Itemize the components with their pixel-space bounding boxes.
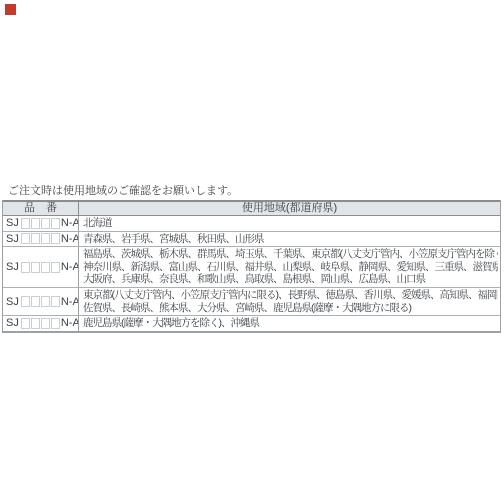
placeholder-box-icon [41,262,50,273]
placeholder-box-icon [21,296,30,307]
part-number-cell: SJN-A4 [3,288,79,315]
region-line: 大阪府、兵庫県、奈良県、和歌山県、鳥取県、島根県、岡山県、広島県、山口県 [83,273,498,286]
placeholder-box-icon [51,262,60,273]
part-number-cell: SJN-A3 [3,247,79,287]
placeholder-box-icon [51,233,60,244]
part-placeholder-boxes [20,262,60,273]
placeholder-box-icon [41,233,50,244]
placeholder-box-icon [31,233,40,244]
region-cell: 福島県、茨城県、栃木県、群馬県、埼玉県、千葉県、東京都(八丈支庁管内、小笠原支庁… [79,247,500,287]
part-prefix: SJ [6,217,19,229]
red-corner-marker [5,4,16,15]
placeholder-box-icon [31,262,40,273]
placeholder-box-icon [51,296,60,307]
placeholder-box-icon [21,262,30,273]
table-row: SJN-A3 福島県、茨城県、栃木県、群馬県、埼玉県、千葉県、東京都(八丈支庁管… [3,247,500,288]
col-header-region: 使用地域(都道府県) [79,202,500,215]
part-prefix: SJ [6,317,19,329]
table-row: SJN-A4 東京都(八丈支庁管内、小笠原支庁管内に限る)、長野県、徳島県、香川… [3,288,500,316]
part-suffix: N-A1 [61,217,79,229]
placeholder-box-icon [31,218,40,229]
part-number-cell: SJN-A2 [3,232,79,247]
region-cell: 東京都(八丈支庁管内、小笠原支庁管内に限る)、長野県、徳島県、香川県、愛媛県、高… [79,288,500,315]
part-suffix: N-A2 [61,233,79,245]
table-header-row: 品 番 使用地域(都道府県) [3,200,500,216]
region-cell: 北海道 [79,216,500,231]
placeholder-box-icon [31,296,40,307]
region-line: 青森県、岩手県、宮城県、秋田県、山形県 [83,233,498,246]
part-suffix: N-A5 [61,317,79,329]
placeholder-box-icon [21,233,30,244]
region-line: 佐賀県、長崎県、熊本県、大分県、宮崎県、鹿児島県(薩摩・大隅地方に限る) [83,302,498,315]
placeholder-box-icon [51,218,60,229]
part-number-cell: SJN-A1 [3,216,79,231]
table-row: SJN-A2 青森県、岩手県、宮城県、秋田県、山形県 [3,232,500,248]
region-line: 北海道 [83,217,498,230]
part-prefix: SJ [6,233,19,245]
part-placeholder-boxes [20,318,60,329]
region-cell: 鹿児島県(薩摩・大隅地方を除く)、沖縄県 [79,316,500,331]
product-spec-image: ご注文時は使用地域のご確認をお願いします。 品 番 使用地域(都道府県) SJN… [0,0,504,504]
placeholder-box-icon [21,318,30,329]
placeholder-box-icon [41,296,50,307]
col-header-part-number: 品 番 [3,202,79,215]
placeholder-box-icon [31,318,40,329]
part-placeholder-boxes [20,296,60,307]
note-text: ご注文時は使用地域のご確認をお願いします。 [8,184,238,198]
placeholder-box-icon [41,218,50,229]
table-row: SJN-A5 鹿児島県(薩摩・大隅地方を除く)、沖縄県 [3,316,500,332]
part-prefix: SJ [6,261,19,273]
table-row: SJN-A1 北海道 [3,216,500,232]
placeholder-box-icon [51,318,60,329]
region-line: 鹿児島県(薩摩・大隅地方を除く)、沖縄県 [83,317,498,330]
placeholder-box-icon [21,218,30,229]
part-prefix: SJ [6,296,19,308]
region-line: 神奈川県、新潟県、富山県、石川県、福井県、山梨県、岐阜県、静岡県、愛知県、三重県… [83,261,498,274]
region-spec-table: 品 番 使用地域(都道府県) SJN-A1 北海道 SJN-A2 青森県、岩手県… [2,200,501,333]
placeholder-box-icon [41,318,50,329]
part-suffix: N-A4 [61,296,79,308]
part-number-cell: SJN-A5 [3,316,79,331]
part-placeholder-boxes [20,233,60,244]
region-line: 福島県、茨城県、栃木県、群馬県、埼玉県、千葉県、東京都(八丈支庁管内、小笠原支庁… [83,248,498,261]
table-body: SJN-A1 北海道 SJN-A2 青森県、岩手県、宮城県、秋田県、山形県 SJ… [3,216,500,332]
part-placeholder-boxes [20,218,60,229]
region-line: 東京都(八丈支庁管内、小笠原支庁管内に限る)、長野県、徳島県、香川県、愛媛県、高… [83,289,498,302]
part-suffix: N-A3 [61,261,79,273]
region-cell: 青森県、岩手県、宮城県、秋田県、山形県 [79,232,500,247]
